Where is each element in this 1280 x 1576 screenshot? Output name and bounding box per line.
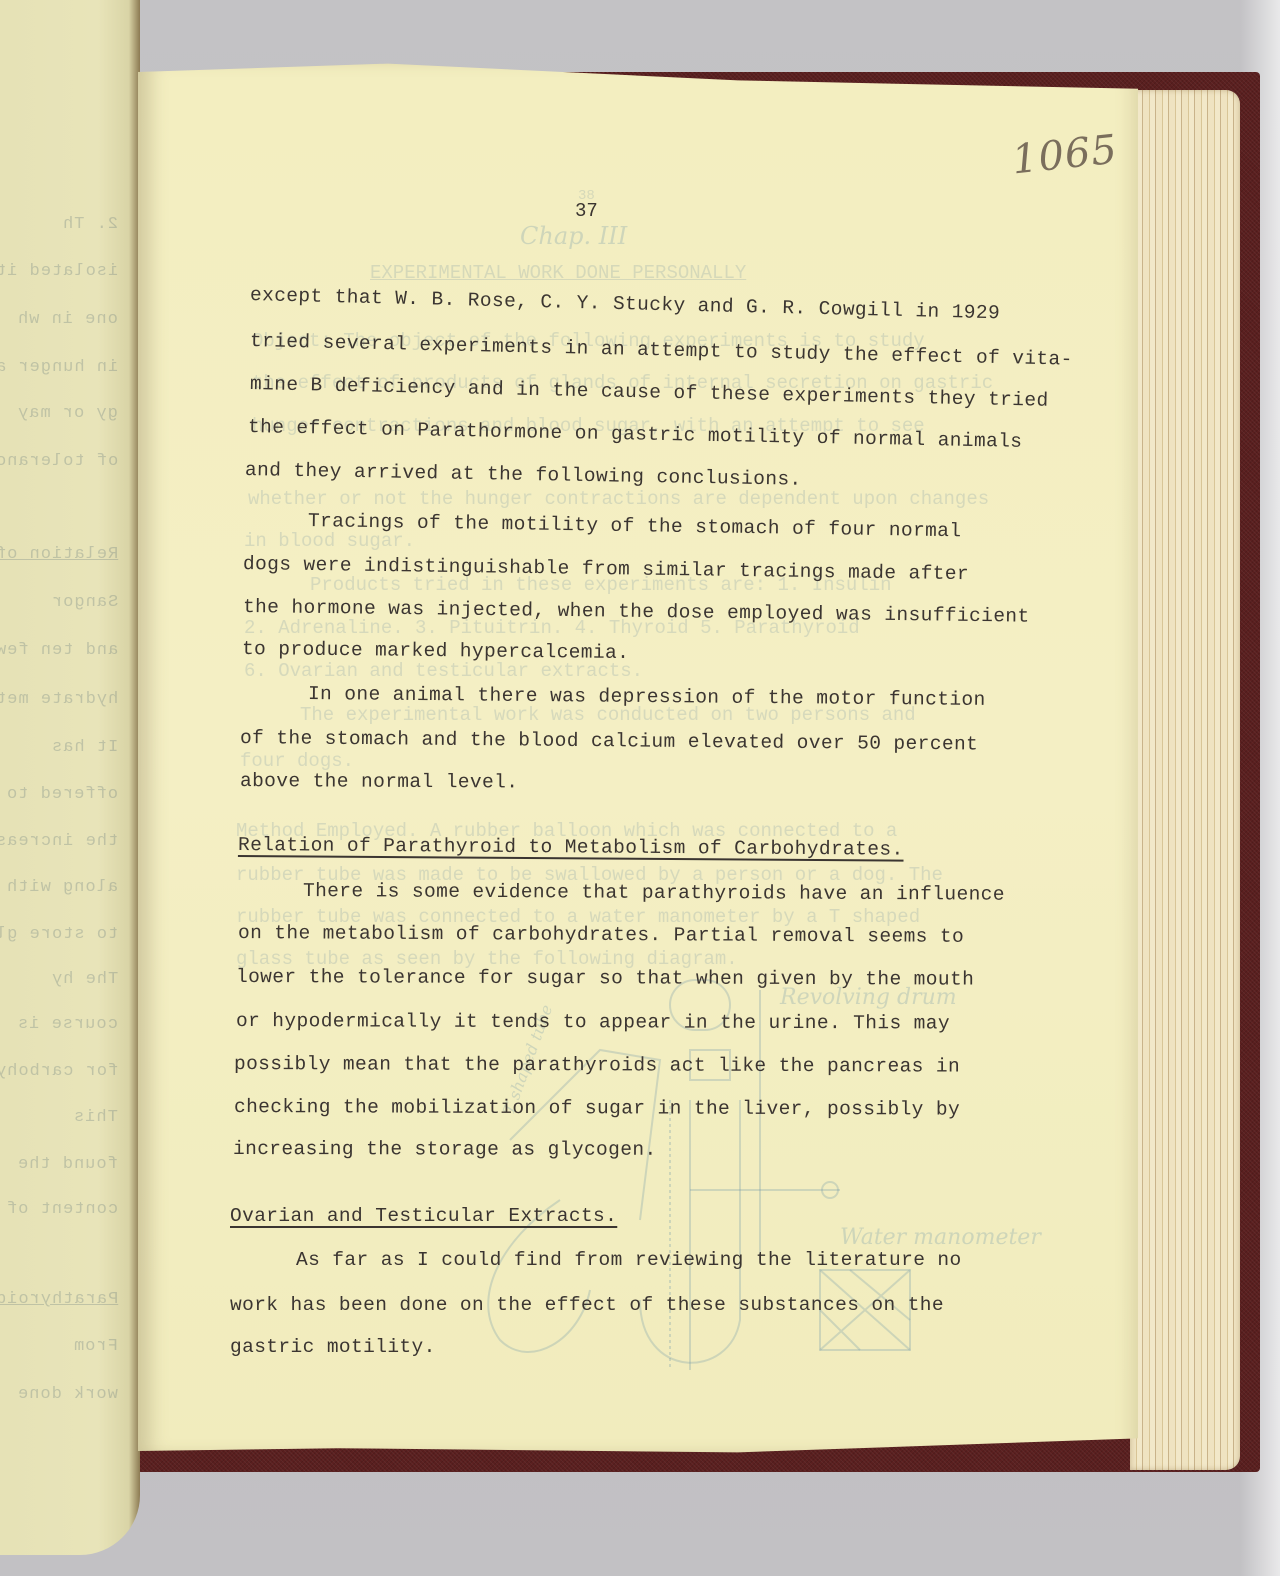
mirrored-line: work done	[17, 1385, 118, 1404]
mirrored-line: one in wh	[17, 310, 118, 329]
body-line: lower the tolerance for sugar so that wh…	[236, 966, 974, 991]
page-number: 37	[575, 200, 598, 222]
body-line: increasing the storage as glycogen.	[233, 1138, 657, 1161]
body-line: work has been done on the effect of thes…	[230, 1294, 944, 1316]
mirrored-line: isolated it	[0, 262, 118, 281]
mirrored-line: of toleranc	[0, 452, 118, 471]
body-line: As far as I could find from reviewing th…	[296, 1249, 962, 1271]
body-line: to produce marked hypercalcemia.	[242, 638, 629, 664]
body-line: above the normal level.	[240, 770, 518, 793]
mirrored-line: course is	[17, 1015, 118, 1034]
left-facing-page: 2. Th isolated it one in wh in hunger a …	[0, 0, 140, 1555]
mirrored-line: hydrate met	[0, 690, 118, 709]
mirrored-line: From	[73, 1337, 118, 1356]
mirrored-line: offered to	[6, 785, 118, 804]
mirrored-line: 2. Th	[62, 215, 118, 234]
mirrored-line: The hy	[51, 970, 118, 989]
section-heading-ovarian-testicular: Ovarian and Testicular Extracts.	[230, 1205, 617, 1227]
mirrored-line: the increas	[0, 832, 118, 851]
mirrored-line: Sangor	[51, 593, 118, 612]
body-line: gastric motility.	[230, 1336, 436, 1358]
mirrored-line: content of	[6, 1200, 118, 1219]
scanned-book-spread: 2. Th isolated it one in wh in hunger a …	[0, 0, 1280, 1576]
body-line: possibly mean that the parathyroids act …	[234, 1053, 960, 1078]
mirrored-line: It has	[51, 738, 118, 757]
mirrored-line: Parathyroid	[0, 1290, 118, 1309]
mirrored-line: and ten few	[0, 641, 118, 660]
mirrored-line: along with	[6, 878, 118, 897]
mirrored-line: for carbohy	[0, 1062, 118, 1081]
body-line: or hypodermically it tends to appear in …	[236, 1010, 950, 1034]
page-stack-edge	[1130, 90, 1240, 1470]
mirrored-line: gy or may	[17, 404, 118, 423]
mirrored-line: found the	[17, 1155, 118, 1174]
body-line: on the metabolism of carbohydrates. Part…	[238, 922, 964, 948]
section-heading-parathyroid-carbohydrates: Relation of Parathyroid to Metabolism of…	[238, 834, 904, 861]
body-line: There is some evidence that parathyroids…	[303, 880, 1005, 906]
body-line: checking the mobilization of sugar in th…	[234, 1096, 960, 1121]
mirrored-line: This	[73, 1108, 118, 1127]
mirrored-line: to store gl	[0, 925, 118, 944]
mirrored-line: in hunger a	[0, 358, 118, 377]
right-page	[138, 58, 1138, 1458]
mirrored-line: Relation of	[0, 545, 118, 564]
